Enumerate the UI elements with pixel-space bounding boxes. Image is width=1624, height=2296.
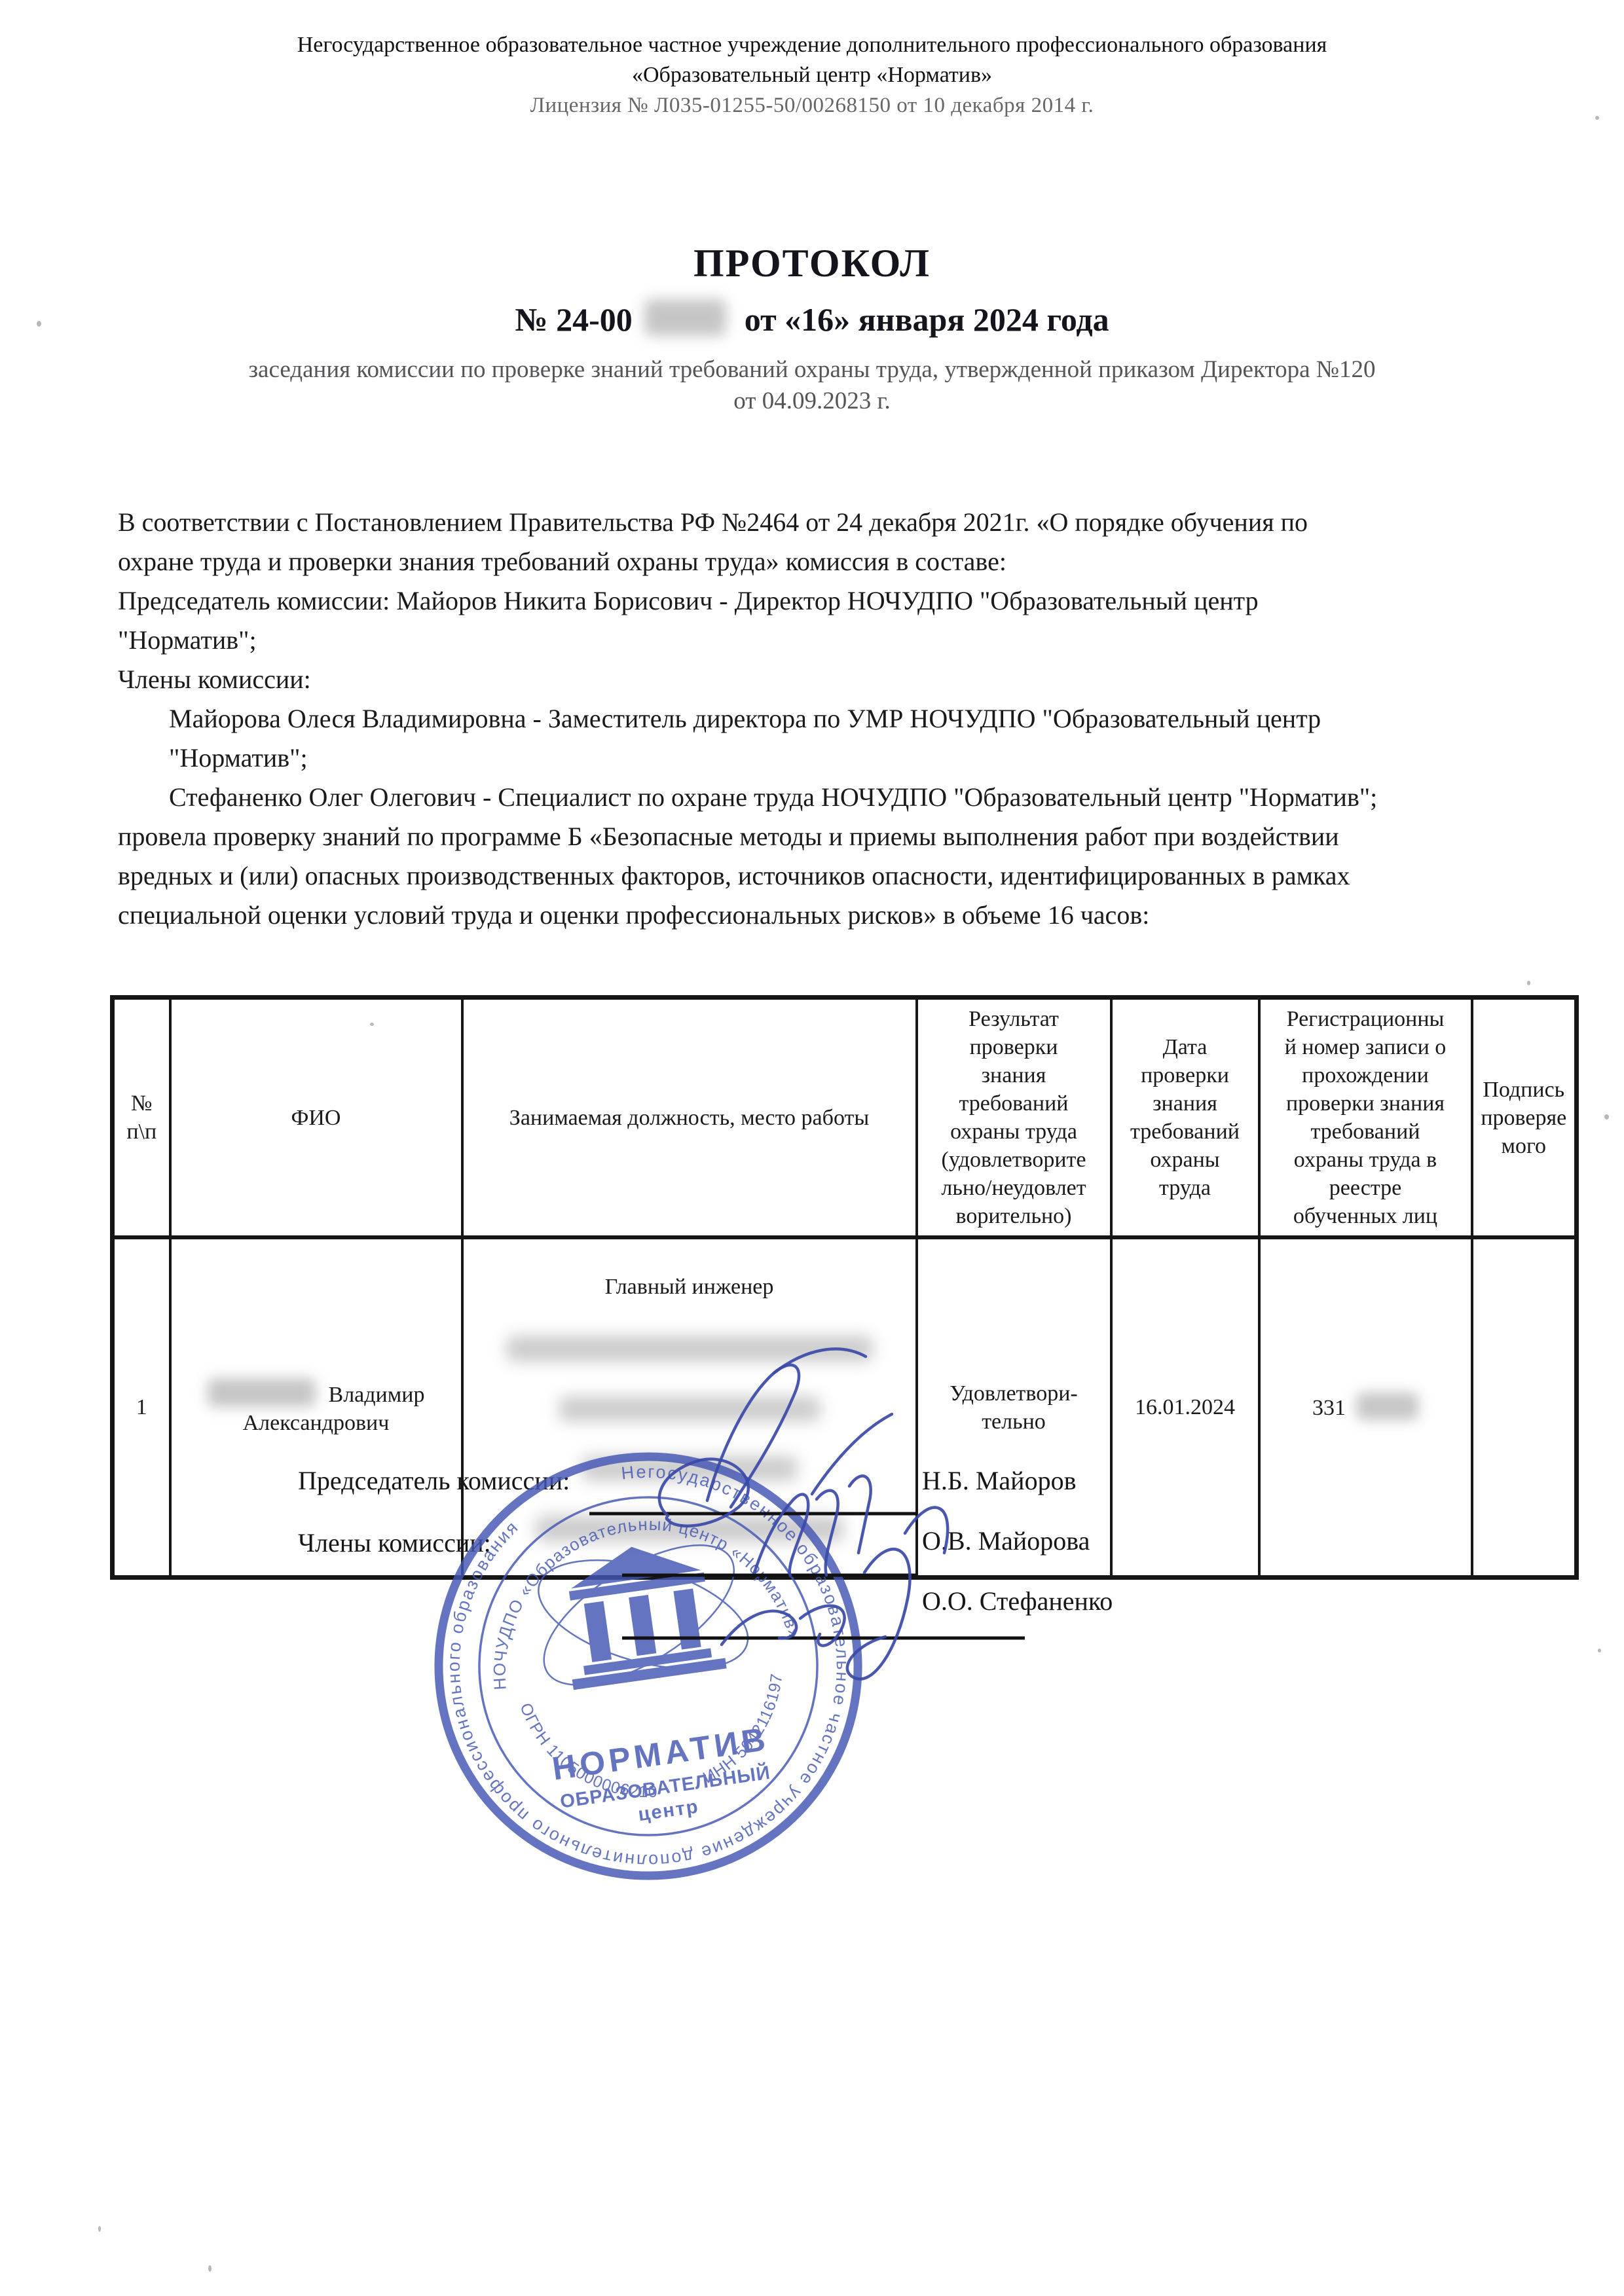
- signature-stroke-stefanenko-2: [800, 1606, 845, 1646]
- doc-header: Негосударственное образовательное частно…: [0, 30, 1624, 120]
- license-line: Лицензия № Л035-01255-50/00268150 от 10 …: [0, 90, 1624, 120]
- redacted-employer-line1: [506, 1336, 873, 1362]
- scan-speck: [208, 2265, 212, 2272]
- cell-position: Главный инженер: [462, 1237, 917, 1578]
- col-header-result: Результат проверки знания требований охр…: [917, 998, 1111, 1238]
- protocol-title: ПРОТОКОЛ: [0, 241, 1624, 286]
- cell-date: 16.01.2024: [1111, 1237, 1259, 1578]
- member1-signature-name: О.В. Майорова: [922, 1525, 1090, 1556]
- redacted-employer-line3: [581, 1456, 798, 1481]
- title-block: ПРОТОКОЛ № 24-00от «16» января 2024 года…: [0, 241, 1624, 417]
- redacted-surname: [208, 1378, 316, 1407]
- protocol-number-line: № 24-00от «16» января 2024 года: [0, 299, 1624, 338]
- regnumber-visible: 331: [1312, 1396, 1346, 1420]
- org-name-line2: «Образовательный центр «Норматив»: [0, 60, 1624, 90]
- cell-fio: Владимир Александрович: [170, 1237, 462, 1578]
- protocol-number-prefix: № 24-00: [515, 301, 632, 338]
- svg-text:ИНН 5042116197: ИНН 5042116197: [688, 1669, 800, 1788]
- scan-speck: [98, 2226, 101, 2232]
- col-header-num: № п\п: [113, 998, 170, 1238]
- col-header-fio: ФИО: [170, 998, 462, 1238]
- paragraph-program: провела проверку знаний по программе Б «…: [118, 817, 1522, 935]
- scan-speck: [1527, 981, 1530, 985]
- stamp-center-line2: ОБРАЗОВАТЕЛЬНЫЙ: [559, 1761, 771, 1813]
- protocol-number-suffix: от «16» января 2024 года: [745, 301, 1109, 338]
- body-text: В соответствии с Постановлением Правител…: [118, 503, 1522, 935]
- col-header-regnumber: Регистрационны й номер записи о прохожде…: [1259, 998, 1472, 1238]
- chairman-signature-name: Н.Б. Майоров: [922, 1465, 1076, 1496]
- col-header-date: Дата проверки знания требований охраны т…: [1111, 998, 1259, 1238]
- redacted-regnumber: [1356, 1393, 1418, 1420]
- chairman-signature-label: Председатель комиссии:: [298, 1465, 570, 1496]
- org-name-line1: Негосударственное образовательное частно…: [0, 30, 1624, 60]
- stamp-ogrn-text: ОГРН 1105000006210: [515, 1685, 660, 1819]
- table-row: 1 Владимир Александрович Главный инженер…: [113, 1237, 1577, 1578]
- member2-signature-name: О.О. Стефаненко: [922, 1586, 1113, 1616]
- table-header-row: № п\п ФИО Занимаемая должность, место ра…: [113, 998, 1577, 1238]
- cell-signature-empty: [1472, 1237, 1577, 1578]
- redacted-protocol-number: [644, 299, 726, 336]
- cell-num: 1: [113, 1237, 170, 1578]
- signature-stroke-stefanenko: [722, 1611, 796, 1645]
- paragraph-chairman: Председатель комиссии: Майоров Никита Бо…: [118, 581, 1522, 660]
- paragraph-member-1: Майорова Олеся Владимировна - Заместител…: [169, 699, 1522, 778]
- protocol-subtitle-line2: от 04.09.2023 г.: [0, 386, 1624, 417]
- paragraph-intro: В соответствии с Постановлением Правител…: [118, 503, 1522, 581]
- stamp-center-line3: центр: [637, 1796, 701, 1825]
- members-signature-label: Члены комиссии:: [298, 1527, 491, 1558]
- paragraph-member-2: Стефаненко Олег Олегович - Специалист по…: [169, 778, 1522, 817]
- cell-regnumber: 331: [1259, 1237, 1472, 1578]
- col-header-position: Занимаемая должность, место работы: [462, 998, 917, 1238]
- redacted-employer-line2: [559, 1396, 821, 1421]
- paragraph-members-label: Члены комиссии:: [118, 660, 1522, 699]
- col-header-signature: Подпись проверяе мого: [1472, 998, 1577, 1238]
- protocol-subtitle-line1: заседания комиссии по проверке знаний тр…: [0, 354, 1624, 386]
- scan-speck: [1598, 1649, 1601, 1652]
- scan-speck: [37, 321, 41, 327]
- scan-speck: [1604, 1114, 1609, 1120]
- stamp-inn-text: ИНН 5042116197: [688, 1669, 800, 1788]
- scan-speck: [370, 1023, 374, 1026]
- stamp-center-name: НОРМАТИВ: [550, 1721, 771, 1787]
- redacted-employer-line4: [536, 1516, 843, 1542]
- scan-speck: [1595, 116, 1599, 120]
- svg-text:ОГРН 1105000006210: ОГРН 1105000006210: [515, 1685, 660, 1819]
- protocol-document-page: Негосударственное образовательное частно…: [0, 0, 1624, 2296]
- position-title: Главный инженер: [468, 1273, 912, 1301]
